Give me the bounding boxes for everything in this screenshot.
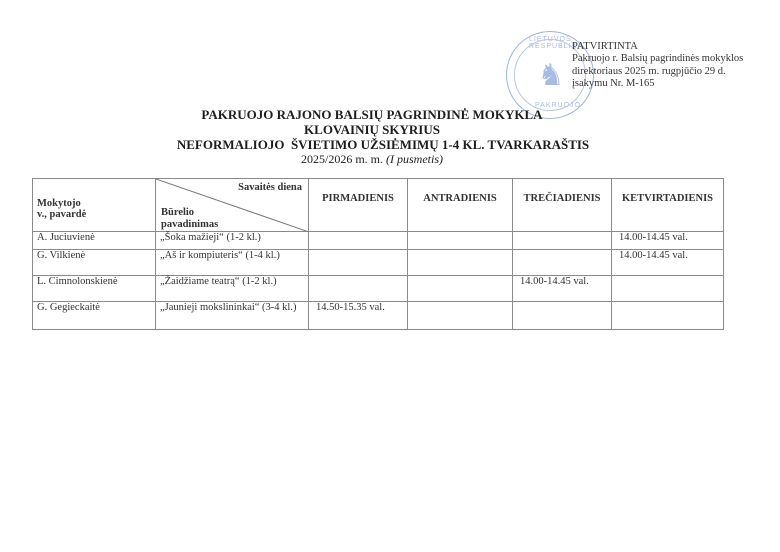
column-header-wednesday: TREČIADIENIS bbox=[513, 179, 612, 232]
wednesday-cell bbox=[513, 250, 612, 276]
thursday-cell: 14.00-14.45 val. bbox=[612, 250, 724, 276]
branch-name: KLOVAINIŲ SKYRIUS bbox=[0, 122, 780, 137]
table-header-row: Mokytojo v., pavardė Savaitės diena Būre… bbox=[33, 179, 724, 232]
tuesday-cell bbox=[408, 232, 513, 250]
monday-cell bbox=[309, 276, 408, 302]
school-name: PAKRUOJO RAJONO BALSIŲ PAGRINDINĖ MOKYKL… bbox=[0, 107, 780, 122]
monday-cell: 14.50-15.35 val. bbox=[309, 302, 408, 330]
table-row: G. Vilkienė „Aš ir kompiuteris“ (1-4 kl.… bbox=[33, 250, 724, 276]
tuesday-cell bbox=[408, 250, 513, 276]
thursday-cell: 14.00-14.45 val. bbox=[612, 232, 724, 250]
club-cell: „Žaidžiame teatrą“ (1-2 kl.) bbox=[156, 276, 309, 302]
teacher-header-line-2: v., pavardė bbox=[37, 209, 151, 220]
monday-cell bbox=[309, 232, 408, 250]
document-header: PAKRUOJO RAJONO BALSIŲ PAGRINDINĖ MOKYKL… bbox=[0, 107, 780, 167]
approval-title: PATVIRTINTA bbox=[572, 41, 743, 53]
weekday-axis-label: Savaitės diena bbox=[238, 182, 302, 193]
teacher-cell: A. Juciuvienė bbox=[33, 232, 156, 250]
teacher-cell: G. Gegieckaitė bbox=[33, 302, 156, 330]
schedule-title: NEFORMALIOJO ŠVIETIMO UŽSIĖMIMŲ 1-4 KL. … bbox=[0, 137, 780, 152]
tuesday-cell bbox=[408, 302, 513, 330]
thursday-cell bbox=[612, 302, 724, 330]
approval-line-3: įsakymu Nr. M-165 bbox=[572, 78, 743, 90]
approval-line-1: Pakruojo r. Balsių pagrindinės mokyklos bbox=[572, 53, 743, 65]
vytis-seal-icon: ♞ bbox=[533, 58, 569, 94]
club-header-line-2: pavadinimas bbox=[161, 219, 218, 231]
column-header-thursday: KETVIRTADIENIS bbox=[612, 179, 724, 232]
monday-cell bbox=[309, 250, 408, 276]
thursday-cell bbox=[612, 276, 724, 302]
teacher-cell: G. Vilkienė bbox=[33, 250, 156, 276]
column-header-teacher: Mokytojo v., pavardė bbox=[33, 179, 156, 232]
wednesday-cell: 14.00-14.45 val. bbox=[513, 276, 612, 302]
wednesday-cell bbox=[513, 232, 612, 250]
tuesday-cell bbox=[408, 276, 513, 302]
teacher-cell: L. Cimnolonskienė bbox=[33, 276, 156, 302]
table-row: A. Juciuvienė „Šoka mažieji“ (1-2 kl.) 1… bbox=[33, 232, 724, 250]
wednesday-cell bbox=[513, 302, 612, 330]
club-header-line-1: Būrelio bbox=[161, 207, 218, 219]
teacher-header-line-1: Mokytojo bbox=[37, 198, 151, 209]
approval-block: PATVIRTINTA Pakruojo r. Balsių pagrindin… bbox=[572, 41, 743, 91]
club-cell: „Aš ir kompiuteris“ (1-4 kl.) bbox=[156, 250, 309, 276]
column-header-monday: PIRMADIENIS bbox=[309, 179, 408, 232]
club-cell: „Jaunieji mokslininkai“ (3-4 kl.) bbox=[156, 302, 309, 330]
year-text: 2025/2026 m. m. bbox=[301, 152, 383, 166]
approval-line-2: direktoriaus 2025 m. rugpjūčio 29 d. bbox=[572, 66, 743, 78]
club-cell: „Šoka mažieji“ (1-2 kl.) bbox=[156, 232, 309, 250]
school-year: 2025/2026 m. m. (I pusmetis) bbox=[0, 152, 780, 167]
table-row: G. Gegieckaitė „Jaunieji mokslininkai“ (… bbox=[33, 302, 724, 330]
club-axis-label: Būrelio pavadinimas bbox=[161, 207, 218, 231]
column-header-diagonal: Savaitės diena Būrelio pavadinimas bbox=[156, 179, 309, 232]
term-text: (I pusmetis) bbox=[386, 152, 443, 166]
table-row: L. Cimnolonskienė „Žaidžiame teatrą“ (1-… bbox=[33, 276, 724, 302]
column-header-tuesday: ANTRADIENIS bbox=[408, 179, 513, 232]
schedule-table: Mokytojo v., pavardė Savaitės diena Būre… bbox=[32, 178, 724, 330]
